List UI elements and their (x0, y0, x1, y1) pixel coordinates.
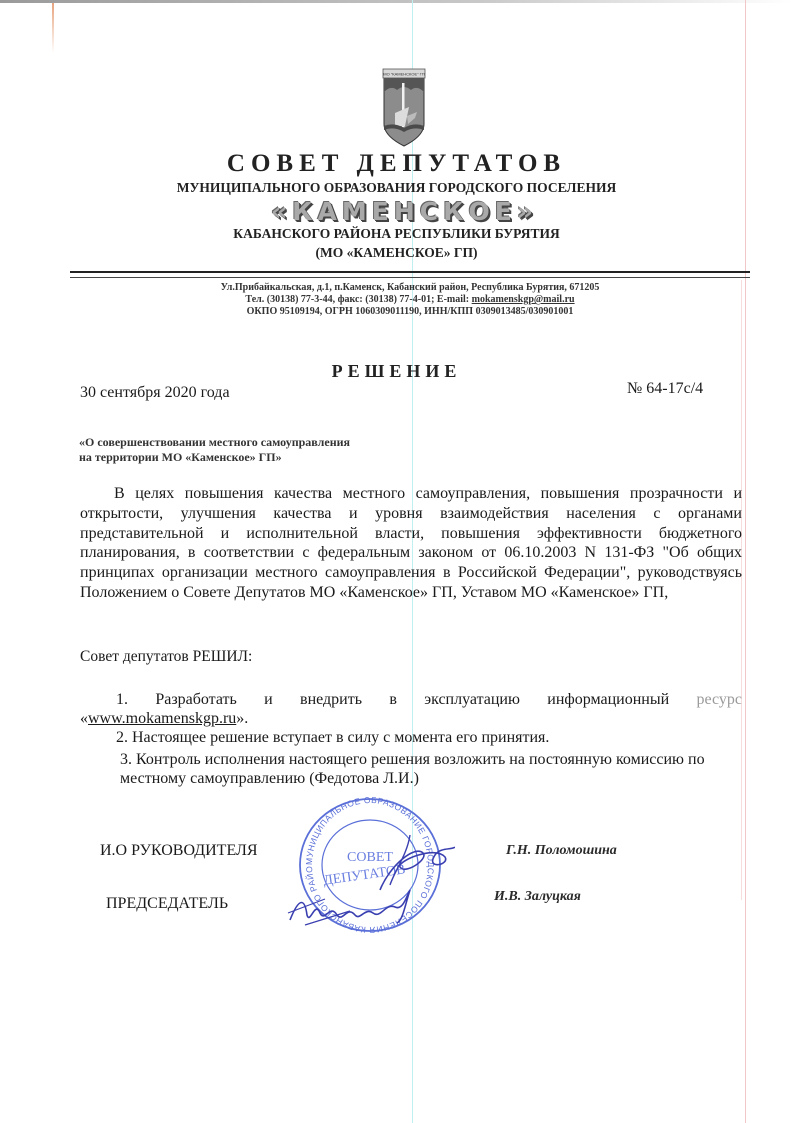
organization-title: СОВЕТ ДЕПУТАТОВ (0, 150, 793, 178)
emblem-caption: МО "КАМЕНСКОЕ" ГП (383, 72, 425, 77)
subject-line: «О совершенствовании местного самоуправл… (79, 435, 350, 450)
item-text: ». (236, 710, 248, 727)
coat-of-arms-icon: МО "КАМЕНСКОЕ" ГП (381, 68, 427, 148)
document-date: 30 сентября 2020 года (80, 384, 230, 402)
resolution-item-1: 1. Разработать и внедрить в эксплуатацию… (80, 690, 742, 728)
contact-block: Ул.Прибайкальская, д.1, п.Каменск, Кабан… (180, 282, 640, 318)
website-link[interactable]: www.mokamenskgp.ru (88, 710, 236, 727)
document-number: № 64-17с/4 (627, 380, 703, 398)
header-divider (70, 277, 750, 278)
item-text: 1. Разработать и внедрить в эксплуатацию… (116, 691, 697, 708)
resolution-heading: Совет депутатов РЕШИЛ: (80, 648, 252, 666)
signatory-name: Г.Н. Поломошина (506, 843, 617, 859)
header-divider (70, 271, 750, 273)
item-text: « (80, 710, 88, 727)
scan-edge-shadow (0, 0, 793, 3)
document-type: РЕШЕНИЕ (0, 361, 793, 382)
organization-short-name: (МО «КАМЕНСКОЕ» ГП) (0, 245, 793, 261)
resolution-item-3: 3. Контроль исполнения настоящего решени… (120, 750, 745, 788)
stamp-center-line: СОВЕТ (347, 850, 393, 865)
item-text: ресурс (697, 691, 743, 708)
signatory-name: И.В. Залуцкая (494, 889, 581, 905)
organization-subtitle: МУНИЦИПАЛЬНОГО ОБРАЗОВАНИЯ ГОРОДСКОГО ПО… (0, 180, 793, 196)
official-stamp: МУНИЦИПАЛЬНОЕ ОБРАЗОВАНИЕ ГОРОДСКОГО ПОС… (285, 795, 455, 935)
signatory-title: ПРЕДСЕДАТЕЛЬ (106, 895, 228, 913)
signatory-title: И.О РУКОВОДИТЕЛЯ (100, 842, 258, 860)
contact-address: Ул.Прибайкальская, д.1, п.Каменск, Кабан… (180, 282, 640, 294)
subject-line: на территории МО «Каменское» ГП» (79, 450, 350, 465)
resolution-item-2: 2. Настоящее решение вступает в силу с м… (116, 729, 549, 747)
contact-registry: ОКПО 95109194, ОГРН 1060309011190, ИНН/К… (180, 306, 640, 318)
organization-brand: «КАМЕНСКОЕ» (8, 197, 793, 226)
email-link[interactable]: mokamenskgp@mail.ru (472, 294, 575, 305)
scan-artifact-mark (52, 3, 54, 53)
preamble-paragraph: В целях повышения качества местного само… (80, 484, 742, 603)
contact-phone-line: Тел. (30138) 77-3-44, факс: (30138) 77-4… (180, 294, 640, 306)
contact-phone: Тел. (30138) 77-3-44, факс: (30138) 77-4… (245, 294, 471, 305)
organization-region: КАБАНСКОГО РАЙОНА РЕСПУБЛИКИ БУРЯТИЯ (0, 226, 793, 242)
document-subject: «О совершенствовании местного самоуправл… (79, 435, 350, 465)
